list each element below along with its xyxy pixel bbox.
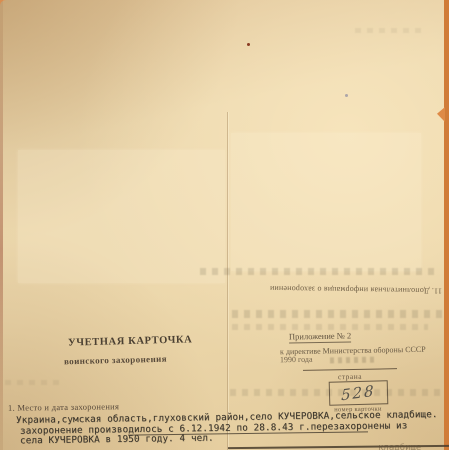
paper-left-edge — [0, 0, 3, 450]
bleed-through-smudge — [200, 268, 438, 275]
card-number-handwritten: 528 — [341, 382, 376, 405]
bleed-through-smudge — [232, 324, 428, 330]
bleed-through-smudge — [232, 310, 442, 318]
embossed-area-left — [18, 150, 225, 283]
scanned-burial-card: 11. Дополнительная информация о захороне… — [0, 0, 449, 450]
card-number-box: 528 — [329, 380, 389, 406]
fold-crease — [227, 112, 228, 450]
bleed-through-smudge — [355, 28, 423, 33]
appendix-year: 1990 года — [280, 355, 313, 365]
ink-speck — [247, 43, 250, 46]
embossed-area-right — [231, 133, 421, 271]
ink-speck — [345, 94, 348, 97]
bleed-through-smudge — [5, 380, 65, 385]
appendix-number: Приложение № 2 — [289, 330, 351, 343]
faded-text-smear — [330, 357, 378, 364]
bottom-faded-fragment: кладбище — [378, 443, 421, 450]
section1-heading: 1. Место и дата захоронения — [8, 401, 119, 413]
